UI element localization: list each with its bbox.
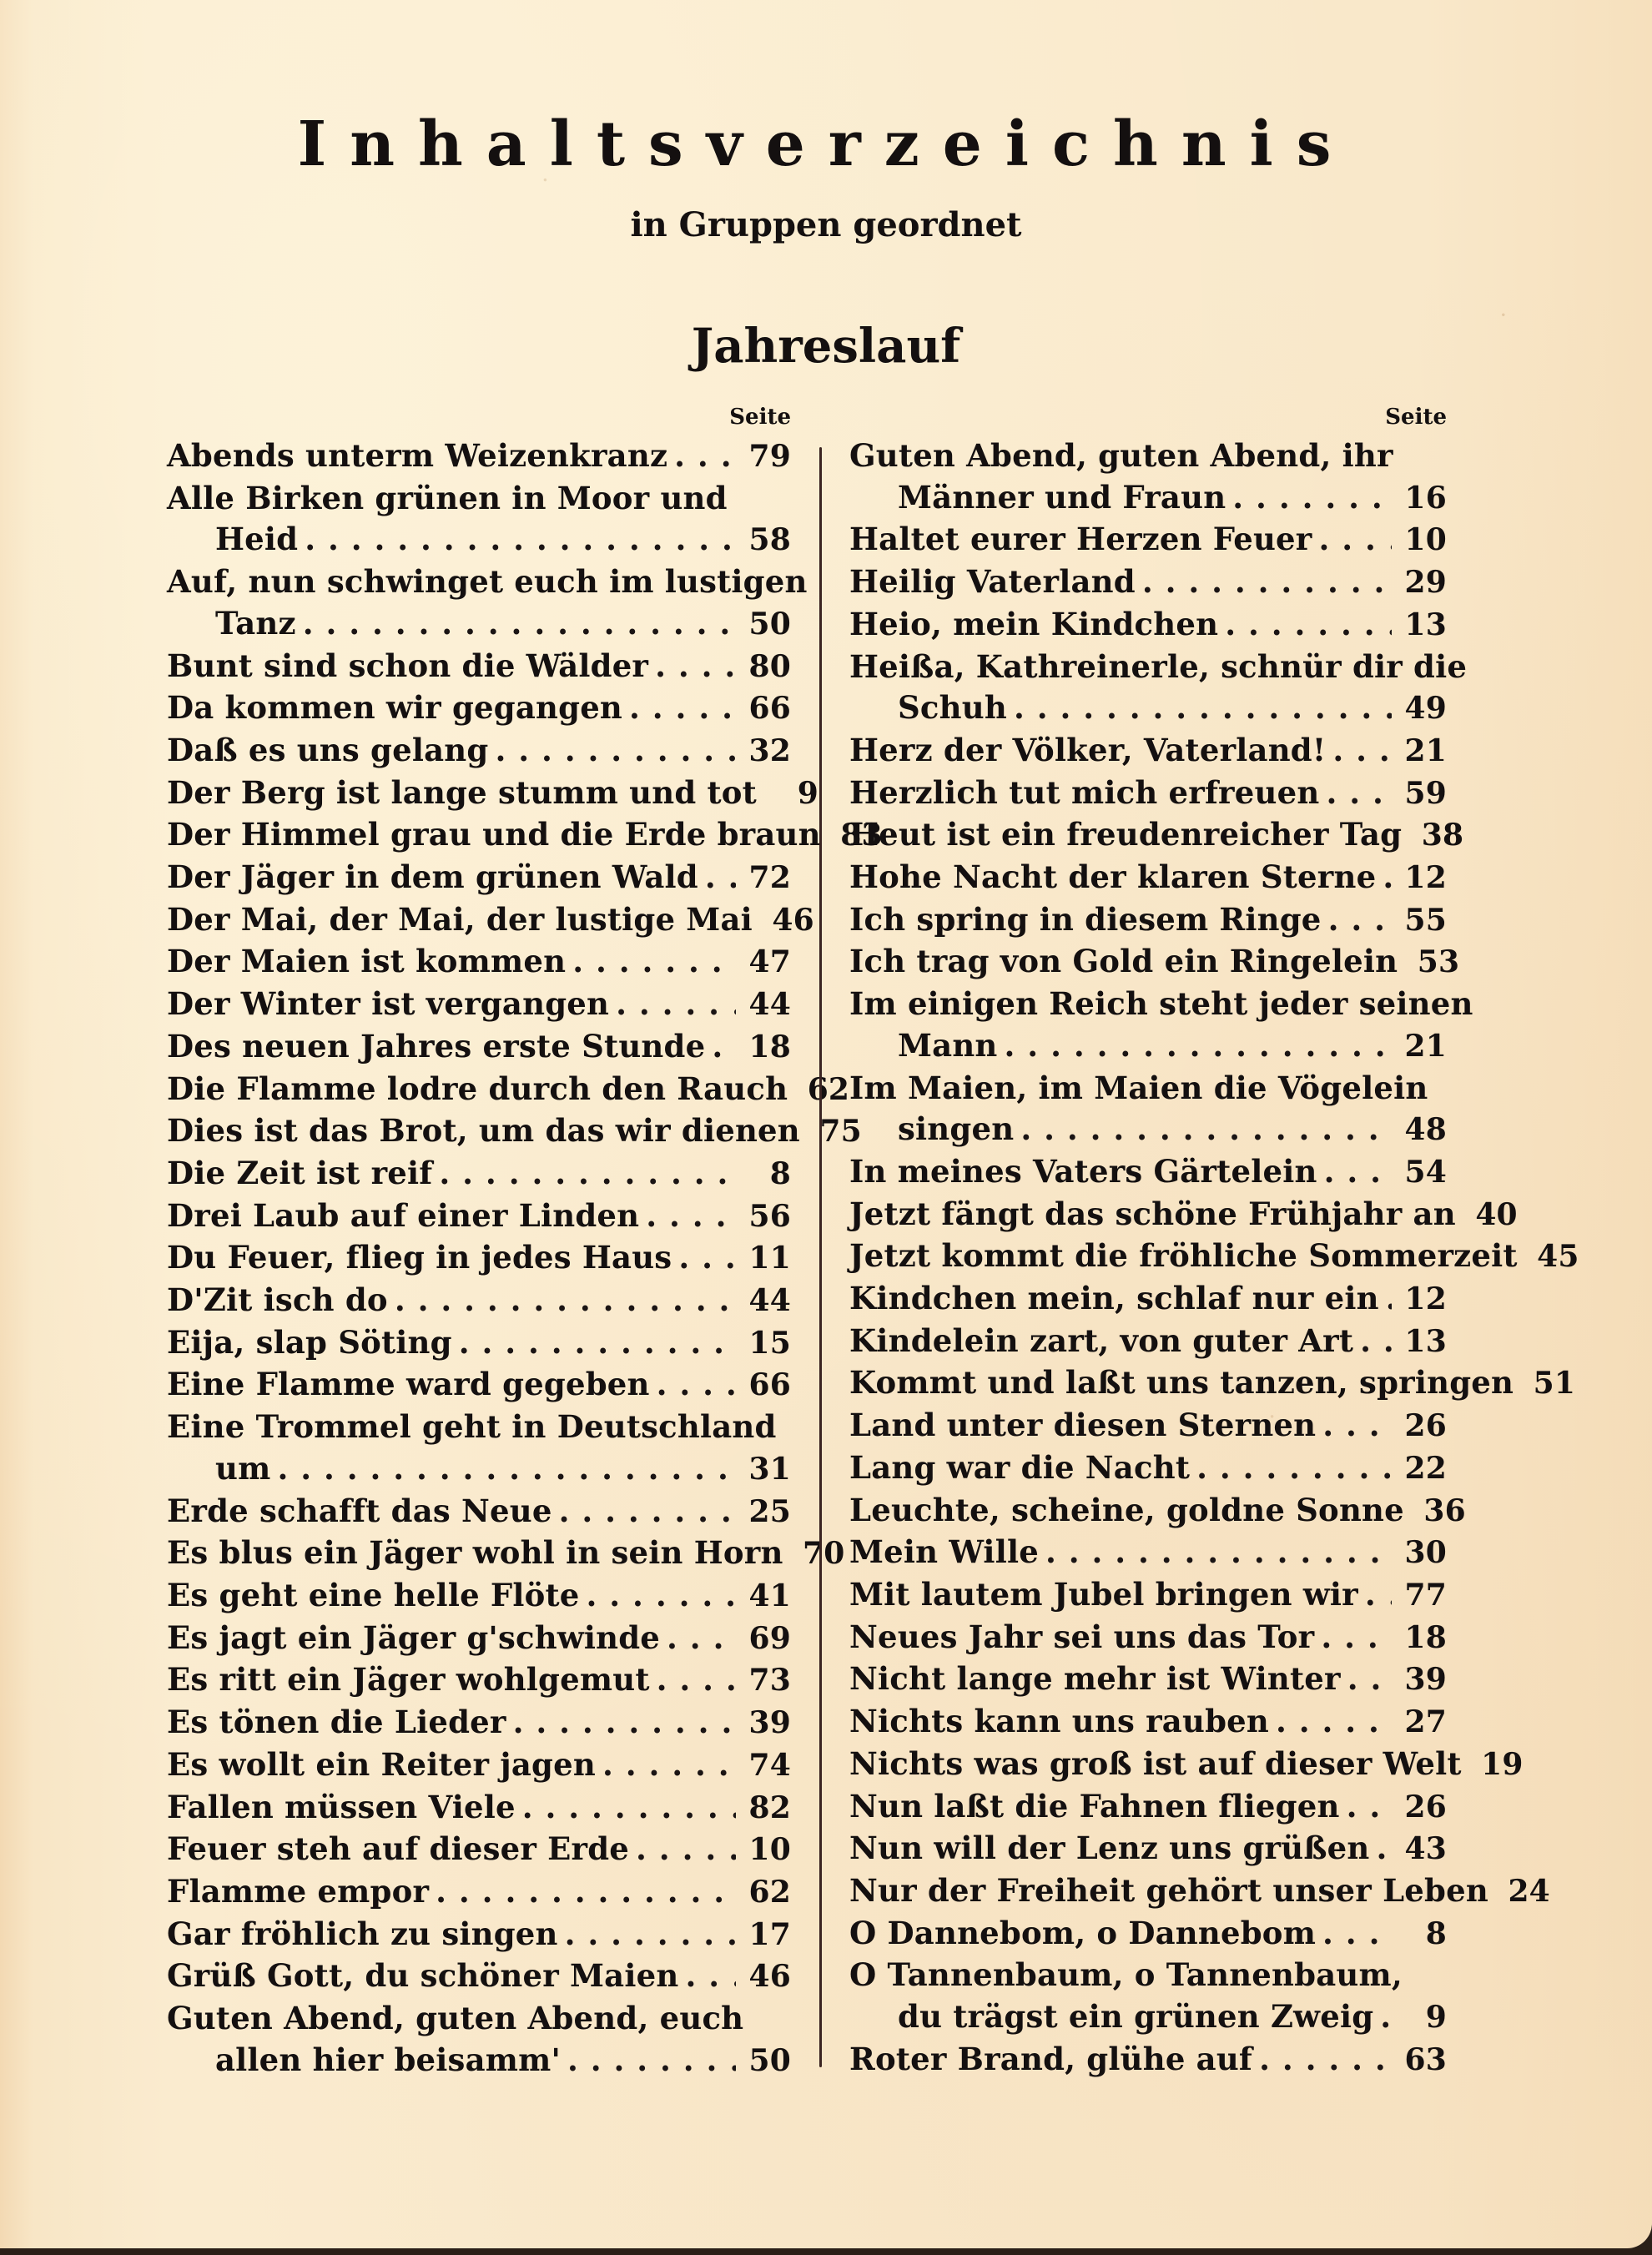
song-title: Nichts kann uns rauben <box>849 1701 1269 1743</box>
toc-entry-continuation-line: du trägst ein grünen Zweig9 <box>849 1996 1447 2039</box>
song-title: Nicht lange mehr ist Winter <box>849 1659 1341 1700</box>
toc-entry: Neues Jahr sei uns das Tor18 <box>849 1617 1447 1659</box>
dot-leader <box>657 1364 736 1406</box>
toc-entry: Da kommen wir gegangen66 <box>167 687 791 730</box>
toc-entry: Kindelein zart, von guter Art13 <box>849 1321 1447 1363</box>
toc-entry: Ich spring in diesem Ringe55 <box>849 899 1447 942</box>
page-number: 59 <box>1398 773 1447 815</box>
toc-entry-line: Es wollt ein Reiter jagen74 <box>167 1744 791 1787</box>
toc-entry-line: Fallen müssen Viele82 <box>167 1787 791 1830</box>
page-number: 38 <box>1415 815 1463 857</box>
page-number: 18 <box>1398 1618 1447 1659</box>
page-number: 30 <box>1398 1533 1447 1574</box>
toc-entry-line: Eine Trommel geht in Deutschland <box>167 1407 791 1448</box>
song-title: Heut ist ein freudenreicher Tag <box>849 814 1402 856</box>
song-title: Mann <box>898 1025 998 1067</box>
toc-entry-line: Es blus ein Jäger wohl in sein Horn70 <box>167 1533 791 1575</box>
song-title: Kindelein zart, von guter Art <box>849 1321 1353 1362</box>
page-number: 72 <box>743 858 791 899</box>
toc-entry: Herzlich tut mich erfreuen59 <box>849 773 1447 815</box>
toc-entry-line: Flamme empor62 <box>167 1871 791 1914</box>
page-number: 46 <box>766 900 814 942</box>
toc-entry: Eine Flamme ward gegeben66 <box>167 1364 791 1407</box>
toc-entry: Jetzt kommt die fröhliche Sommerzeit45 <box>849 1236 1447 1278</box>
toc-entry-line: Haltet eurer Herzen Feuer10 <box>849 519 1447 561</box>
toc-entry-line: Gar fröhlich zu singen17 <box>167 1914 791 1956</box>
song-title: Flamme empor <box>167 1871 429 1913</box>
page-number: 11 <box>743 1238 791 1280</box>
song-title: singen <box>898 1109 1014 1150</box>
song-title: um <box>215 1448 270 1490</box>
toc-entry: Jetzt fängt das schöne Frühjahr an40 <box>849 1194 1447 1236</box>
toc-entry: Der Maien ist kommen47 <box>167 941 791 984</box>
song-title: Der Jäger in dem grünen Wald <box>167 857 698 898</box>
toc-entry-line: Im einigen Reich steht jeder seinen <box>849 984 1447 1025</box>
dot-leader <box>277 1448 736 1490</box>
page-number: 39 <box>1398 1659 1447 1701</box>
toc-entry-continuation-line: Männer und Fraun16 <box>849 477 1447 520</box>
toc-entry-line: Die Flamme lodre durch den Rauch62 <box>167 1069 791 1111</box>
page-number: 58 <box>743 520 791 561</box>
dot-leader <box>572 941 736 983</box>
song-title: Der Maien ist kommen <box>167 941 566 983</box>
toc-entry-line: Guten Abend, guten Abend, euch <box>167 1998 791 2040</box>
song-title: D'Zit isch do <box>167 1280 388 1321</box>
toc-entry: Der Jäger in dem grünen Wald72 <box>167 857 791 899</box>
dot-leader <box>1276 1701 1392 1743</box>
dot-leader <box>1020 1109 1392 1150</box>
dot-leader <box>655 646 736 687</box>
page-number: 39 <box>743 1703 791 1744</box>
dot-leader <box>1014 687 1392 729</box>
toc-entry: Guten Abend, guten Abend, ihrMänner und … <box>849 435 1447 519</box>
page-number: 53 <box>1411 942 1459 984</box>
toc-entry-line: Neues Jahr sei uns das Tor18 <box>849 1617 1447 1659</box>
toc-entry: Drei Laub auf einer Linden56 <box>167 1195 791 1238</box>
page-column-header: Seite <box>167 399 791 435</box>
song-title: Es tönen die Lieder <box>167 1702 506 1744</box>
toc-entry-line: Die Zeit ist reif8 <box>167 1153 791 1195</box>
toc-entry-line: Nicht lange mehr ist Winter39 <box>849 1659 1447 1701</box>
dot-leader <box>305 519 736 561</box>
dot-leader <box>1322 1405 1392 1447</box>
toc-entry: Erde schafft das Neue25 <box>167 1491 791 1533</box>
dot-leader <box>1324 1151 1392 1193</box>
toc-entry-line: Hohe Nacht der klaren Sterne12 <box>849 857 1447 899</box>
song-title: Abends unterm Weizenkranz <box>167 435 667 477</box>
song-title: Alle Birken grünen in Moor und <box>167 478 728 520</box>
dot-leader <box>303 603 736 645</box>
toc-entry-line: Daß es uns gelang32 <box>167 730 791 773</box>
dot-leader <box>587 1575 736 1617</box>
page-number: 80 <box>743 647 791 688</box>
page-number: 27 <box>1398 1702 1447 1744</box>
page-number: 15 <box>743 1323 791 1365</box>
toc-entry: Du Feuer, flieg in jedes Haus11 <box>167 1237 791 1280</box>
toc-entry-line: Erde schafft das Neue25 <box>167 1491 791 1533</box>
toc-entry-line: Der Maien ist kommen47 <box>167 941 791 984</box>
toc-entry-line: Kindelein zart, von guter Art13 <box>849 1321 1447 1363</box>
page-number: 62 <box>801 1070 849 1111</box>
dot-leader <box>636 1829 736 1870</box>
dot-leader <box>1232 477 1392 519</box>
page-number: 36 <box>1418 1491 1466 1533</box>
toc-entry: Heißa, Kathreinerle, schnür dir dieSchuh… <box>849 647 1447 730</box>
toc-entry-line: O Tannenbaum, o Tannenbaum, <box>849 1955 1447 1996</box>
toc-entry-line: Grüß Gott, du schöner Maien46 <box>167 1956 791 1998</box>
toc-entry-continuation-line: Tanz50 <box>167 603 791 646</box>
toc-entry: Des neuen Jahres erste Stunde18 <box>167 1026 791 1069</box>
song-title: Erde schafft das Neue <box>167 1491 552 1533</box>
page-number: 12 <box>1398 858 1447 899</box>
toc-entry: Heut ist ein freudenreicher Tag38 <box>849 814 1447 857</box>
toc-entry: Die Zeit ist reif8 <box>167 1153 791 1195</box>
song-title: Es blus ein Jäger wohl in sein Horn <box>167 1533 783 1574</box>
toc-entry: Fallen müssen Viele82 <box>167 1787 791 1830</box>
toc-entry: Kommt und laßt uns tanzen, springen51 <box>849 1362 1447 1405</box>
song-title: Grüß Gott, du schöner Maien <box>167 1956 678 1997</box>
page-number: 16 <box>1398 478 1447 520</box>
toc-entry-line: Es ritt ein Jäger wohlgemut73 <box>167 1659 791 1702</box>
dot-leader <box>1045 1532 1392 1573</box>
song-title: Daß es uns gelang <box>167 730 488 772</box>
song-title: Jetzt kommt die fröhliche Sommerzeit <box>849 1236 1518 1277</box>
song-title: Ich spring in diesem Ringe <box>849 899 1322 941</box>
toc-entry: Es ritt ein Jäger wohlgemut73 <box>167 1659 791 1702</box>
dot-leader <box>439 1153 736 1195</box>
toc-entry-list: Abends unterm Weizenkranz79Alle Birken g… <box>167 435 791 2081</box>
song-title: allen hier beisamm' <box>215 2040 561 2081</box>
toc-entry-line: Nichts was groß ist auf dieser Welt19 <box>849 1744 1447 1786</box>
song-title: Da kommen wir gegangen <box>167 687 622 729</box>
toc-entry-line: Eija, slap Söting15 <box>167 1322 791 1365</box>
toc-entry-continuation-line: Mann21 <box>849 1025 1447 1068</box>
dot-leader <box>1322 1913 1392 1955</box>
toc-entry-line: Der Jäger in dem grünen Wald72 <box>167 857 791 899</box>
toc-entry-line: Der Berg ist lange stumm und tot9 <box>167 773 791 815</box>
song-title: Der Mai, der Mai, der lustige Mai <box>167 899 753 941</box>
dot-leader <box>522 1787 736 1829</box>
dot-leader <box>602 1744 736 1786</box>
toc-entry: O Tannenbaum, o Tannenbaum,du trägst ein… <box>849 1955 1447 2038</box>
toc-entry-line: Herzlich tut mich erfreuen59 <box>849 773 1447 815</box>
toc-entry: D'Zit isch do44 <box>167 1280 791 1322</box>
page-number: 29 <box>1398 562 1447 604</box>
song-title: Des neuen Jahres erste Stunde <box>167 1026 705 1068</box>
page-number: 48 <box>1398 1110 1447 1151</box>
page-number: 24 <box>1502 1871 1550 1913</box>
toc-entry-continuation-line: singen48 <box>849 1109 1447 1151</box>
song-title: Haltet eurer Herzen Feuer <box>849 519 1312 561</box>
toc-entry: Nichts was groß ist auf dieser Welt19 <box>849 1744 1447 1786</box>
dot-leader <box>1376 1828 1392 1870</box>
toc-entry-line: Des neuen Jahres erste Stunde18 <box>167 1026 791 1069</box>
toc-entry: In meines Vaters Gärtelein54 <box>849 1151 1447 1194</box>
page-number: 9 <box>770 773 818 815</box>
toc-entry-line: Heio, mein Kindchen13 <box>849 604 1447 647</box>
toc-entry: Abends unterm Weizenkranz79 <box>167 435 791 478</box>
toc-entry-line: Guten Abend, guten Abend, ihr <box>849 435 1447 477</box>
page-number: 62 <box>743 1872 791 1914</box>
dot-leader <box>712 1026 736 1068</box>
toc-entry: Es geht eine helle Flöte41 <box>167 1575 791 1618</box>
toc-entry: Alle Birken grünen in Moor undHeid58 <box>167 478 791 561</box>
toc-entry: Der Berg ist lange stumm und tot9 <box>167 773 791 815</box>
toc-entry-line: Drei Laub auf einer Linden56 <box>167 1195 791 1238</box>
toc-entry: Leuchte, scheine, goldne Sonne36 <box>849 1490 1447 1533</box>
toc-entry: Flamme empor62 <box>167 1871 791 1914</box>
page-number: 8 <box>743 1154 791 1195</box>
page-number: 10 <box>743 1830 791 1871</box>
song-title: Herz der Völker, Vaterland! <box>849 730 1326 772</box>
toc-entry: Gar fröhlich zu singen17 <box>167 1914 791 1956</box>
dot-leader <box>1259 2039 1392 2081</box>
page-title: Inhaltsverzeichnis <box>0 98 1652 190</box>
song-title: Heid <box>215 519 298 561</box>
page-number: 44 <box>743 984 791 1026</box>
toc-entry: Mein Wille30 <box>849 1532 1447 1574</box>
song-title: du trägst ein grünen Zweig <box>898 1996 1373 2038</box>
song-title: Nichts was groß ist auf dieser Welt <box>849 1744 1462 1785</box>
dot-leader <box>1386 1278 1392 1320</box>
song-title: Kindchen mein, schlaf nur ein <box>849 1278 1379 1320</box>
dot-leader <box>1319 519 1393 561</box>
dot-leader <box>646 1195 736 1237</box>
toc-entry-line: Ich spring in diesem Ringe55 <box>849 899 1447 942</box>
page-number: 12 <box>1398 1279 1447 1321</box>
toc-entry-line: Lang war die Nacht22 <box>849 1447 1447 1490</box>
toc-entry: Im Maien, im Maien die Vögeleinsingen48 <box>849 1068 1447 1151</box>
song-title: Fallen müssen Viele <box>167 1787 516 1829</box>
song-title: Auf, nun schwinget euch im lustigen <box>167 561 808 603</box>
toc-entry: O Dannebom, o Dannebom8 <box>849 1913 1447 1956</box>
toc-entry: Eine Trommel geht in Deutschlandum31 <box>167 1407 791 1490</box>
toc-entry-line: Es tönen die Lieder39 <box>167 1702 791 1744</box>
page-number: 25 <box>743 1492 791 1533</box>
toc-entry-line: Bunt sind schon die Wälder80 <box>167 646 791 688</box>
song-title: Heio, mein Kindchen <box>849 604 1218 646</box>
page-number: 32 <box>743 731 791 773</box>
page-number: 66 <box>743 688 791 730</box>
dot-leader <box>1225 604 1392 646</box>
toc-entry: Es jagt ein Jäger g'schwinde69 <box>167 1618 791 1660</box>
toc-entry: Grüß Gott, du schöner Maien46 <box>167 1956 791 1998</box>
song-title: Jetzt fängt das schöne Frühjahr an <box>849 1194 1456 1236</box>
song-title: Neues Jahr sei uns das Tor <box>849 1617 1314 1659</box>
page-number: 17 <box>743 1915 791 1956</box>
page-number: 49 <box>1398 688 1447 730</box>
toc-entry-line: Nun will der Lenz uns grüßen43 <box>849 1828 1447 1870</box>
page-number: 26 <box>1398 1787 1447 1829</box>
song-title: O Tannenbaum, o Tannenbaum, <box>849 1955 1403 1996</box>
song-title: Guten Abend, guten Abend, ihr <box>849 435 1393 477</box>
dot-leader <box>1347 1786 1392 1828</box>
song-title: Drei Laub auf einer Linden <box>167 1195 639 1237</box>
song-title: Hohe Nacht der klaren Sterne <box>849 857 1376 898</box>
dot-leader <box>674 435 736 477</box>
song-title: Nun will der Lenz uns grüßen <box>849 1828 1369 1870</box>
song-title: Herzlich tut mich erfreuen <box>849 773 1319 814</box>
dot-leader <box>1326 773 1392 814</box>
song-title: Lang war die Nacht <box>849 1447 1190 1489</box>
toc-entry-line: Jetzt fängt das schöne Frühjahr an40 <box>849 1194 1447 1236</box>
toc-entry: Nichts kann uns rauben27 <box>849 1701 1447 1744</box>
toc-entry: Nur der Freiheit gehört unser Leben24 <box>849 1870 1447 1913</box>
song-title: In meines Vaters Gärtelein <box>849 1151 1317 1193</box>
song-title: Die Flamme lodre durch den Rauch <box>167 1069 788 1110</box>
toc-entry-line: Kommt und laßt uns tanzen, springen51 <box>849 1362 1447 1405</box>
page-number: 51 <box>1527 1363 1575 1405</box>
song-title: Leuchte, scheine, goldne Sonne <box>849 1490 1404 1532</box>
toc-entry-line: Der Himmel grau und die Erde braun83 <box>167 814 791 857</box>
song-title: Eija, slap Söting <box>167 1322 452 1364</box>
toc-entry: Herz der Völker, Vaterland!21 <box>849 730 1447 773</box>
song-title: Eine Trommel geht in Deutschland <box>167 1407 777 1448</box>
dot-leader <box>705 857 736 898</box>
dot-leader <box>1142 561 1392 603</box>
dot-leader <box>1347 1659 1392 1700</box>
toc-entry: Kindchen mein, schlaf nur ein12 <box>849 1278 1447 1321</box>
song-title: Bunt sind schon die Wälder <box>167 646 648 687</box>
page-number: 26 <box>1398 1406 1447 1447</box>
page-number: 18 <box>743 1027 791 1069</box>
toc-entry-line: Nichts kann uns rauben27 <box>849 1701 1447 1744</box>
page-number: 79 <box>743 436 791 478</box>
toc-entry: Auf, nun schwinget euch im lustigenTanz5… <box>167 561 791 645</box>
toc-entry-line: Ich trag von Gold ein Ringelein53 <box>849 941 1447 984</box>
song-title: Männer und Fraun <box>898 477 1226 519</box>
dot-leader <box>1360 1321 1392 1362</box>
dot-leader <box>657 1659 736 1701</box>
page-number: 13 <box>1398 605 1447 647</box>
toc-entry-line: Roter Brand, glühe auf63 <box>849 2039 1447 2081</box>
song-title: Im Maien, im Maien die Vögelein <box>849 1068 1428 1110</box>
toc-entry-line: Alle Birken grünen in Moor und <box>167 478 791 520</box>
song-title: Der Himmel grau und die Erde braun <box>167 814 821 856</box>
song-title: Ich trag von Gold ein Ringelein <box>849 941 1398 983</box>
page-number: 44 <box>743 1281 791 1322</box>
dot-leader <box>1332 730 1392 772</box>
toc-entry-line: Abends unterm Weizenkranz79 <box>167 435 791 478</box>
toc-entry: Ich trag von Gold ein Ringelein53 <box>849 941 1447 984</box>
toc-entry-list: Guten Abend, guten Abend, ihrMänner und … <box>849 435 1447 2081</box>
song-title: Die Zeit ist reif <box>167 1153 432 1195</box>
toc-entry: Hohe Nacht der klaren Sterne12 <box>849 857 1447 899</box>
toc-entry-line: Nun laßt die Fahnen fliegen26 <box>849 1786 1447 1829</box>
toc-entry-continuation-line: Schuh49 <box>849 687 1447 730</box>
toc-entry-line: Da kommen wir gegangen66 <box>167 687 791 730</box>
toc-entry: Land unter diesen Sternen26 <box>849 1405 1447 1447</box>
page-number: 54 <box>1398 1152 1447 1194</box>
song-title: Der Winter ist vergangen <box>167 984 609 1025</box>
toc-entry: Heilig Vaterland29 <box>849 561 1447 604</box>
dot-leader <box>616 984 736 1025</box>
toc-entry-line: Mein Wille30 <box>849 1532 1447 1574</box>
song-title: Nun laßt die Fahnen fliegen <box>849 1786 1340 1828</box>
page-number: 41 <box>743 1576 791 1618</box>
song-title: Mit lautem Jubel bringen wir <box>849 1574 1358 1616</box>
page-number: 21 <box>1398 731 1447 773</box>
page-number: 73 <box>743 1660 791 1702</box>
toc-entry-line: Heut ist ein freudenreicher Tag38 <box>849 814 1447 857</box>
dot-leader <box>629 687 736 729</box>
song-title: Feuer steh auf dieser Erde <box>167 1829 629 1870</box>
toc-entry: Heio, mein Kindchen13 <box>849 604 1447 647</box>
dot-leader <box>1365 1574 1392 1616</box>
dot-leader <box>436 1871 736 1913</box>
toc-entry: Feuer steh auf dieser Erde10 <box>167 1829 791 1871</box>
song-title: Es jagt ein Jäger g'schwinde <box>167 1618 660 1659</box>
toc-entry: Bunt sind schon die Wälder80 <box>167 646 791 688</box>
page-number: 45 <box>1531 1236 1579 1278</box>
toc-entry-line: Der Winter ist vergangen44 <box>167 984 791 1026</box>
toc-entry-line: Mit lautem Jubel bringen wir77 <box>849 1574 1447 1617</box>
page-number: 47 <box>743 942 791 984</box>
book-page: Inhaltsverzeichnis in Gruppen geordnet J… <box>0 0 1652 2248</box>
toc-entry-line: O Dannebom, o Dannebom8 <box>849 1913 1447 1956</box>
toc-entry-line: Auf, nun schwinget euch im lustigen <box>167 561 791 603</box>
toc-entry-line: Feuer steh auf dieser Erde10 <box>167 1829 791 1871</box>
song-title: Es geht eine helle Flöte <box>167 1575 580 1617</box>
toc-entry: Guten Abend, guten Abend, euchallen hier… <box>167 1998 791 2081</box>
page-number: 43 <box>1398 1829 1447 1870</box>
song-title: Es ritt ein Jäger wohlgemut <box>167 1659 650 1701</box>
toc-entry: Im einigen Reich steht jeder seinenMann2… <box>849 984 1447 1067</box>
page-number: 63 <box>1398 2040 1447 2081</box>
toc-entry-continuation-line: allen hier beisamm'50 <box>167 2040 791 2082</box>
page-number: 46 <box>743 1956 791 1998</box>
toc-entry: Es blus ein Jäger wohl in sein Horn70 <box>167 1533 791 1575</box>
toc-entry-continuation-line: Heid58 <box>167 519 791 561</box>
toc-entry: Eija, slap Söting15 <box>167 1322 791 1365</box>
song-title: Land unter diesen Sternen <box>849 1405 1316 1447</box>
page-number: 82 <box>743 1788 791 1830</box>
toc-entry: Dies ist das Brot, um das wir dienen75 <box>167 1110 791 1153</box>
song-title: Eine Flamme ward gegeben <box>167 1364 650 1406</box>
dot-leader <box>678 1237 736 1279</box>
page-number: 55 <box>1398 900 1447 942</box>
song-title: Heilig Vaterland <box>849 561 1136 603</box>
toc-entry-line: Leuchte, scheine, goldne Sonne36 <box>849 1490 1447 1533</box>
page-number: 9 <box>1398 1997 1447 2039</box>
page-number: 66 <box>743 1365 791 1407</box>
dot-leader <box>685 1956 736 1997</box>
toc-entry: Der Mai, der Mai, der lustige Mai46 <box>167 899 791 942</box>
toc-entry-line: Herz der Völker, Vaterland!21 <box>849 730 1447 773</box>
song-title: Mein Wille <box>849 1532 1039 1573</box>
toc-entry: Roter Brand, glühe auf63 <box>849 2039 1447 2081</box>
page-number: 21 <box>1398 1026 1447 1068</box>
toc-entry-line: Heilig Vaterland29 <box>849 561 1447 604</box>
dot-leader <box>1196 1447 1392 1489</box>
song-title: Heißa, Kathreinerle, schnür dir die <box>849 647 1467 688</box>
toc-entry-line: Jetzt kommt die fröhliche Sommerzeit45 <box>849 1236 1447 1278</box>
toc-column-right: Seite Guten Abend, guten Abend, ihrMänne… <box>849 399 1447 2081</box>
song-title: Im einigen Reich steht jeder seinen <box>849 984 1473 1025</box>
page-number: 50 <box>743 2041 791 2082</box>
song-title: Kommt und laßt uns tanzen, springen <box>849 1362 1513 1404</box>
dot-leader <box>1005 1025 1392 1067</box>
dot-leader <box>1380 1996 1392 2038</box>
toc-entry-line: Land unter diesen Sternen26 <box>849 1405 1447 1447</box>
toc-entry-line: In meines Vaters Gärtelein54 <box>849 1151 1447 1194</box>
toc-entry: Die Flamme lodre durch den Rauch62 <box>167 1069 791 1111</box>
toc-entry: Mit lautem Jubel bringen wir77 <box>849 1574 1447 1617</box>
song-title: Du Feuer, flieg in jedes Haus <box>167 1237 672 1279</box>
toc-entry-line: Es geht eine helle Flöte41 <box>167 1575 791 1618</box>
section-heading: Jahreslauf <box>0 313 1652 380</box>
dot-leader <box>565 1914 736 1956</box>
